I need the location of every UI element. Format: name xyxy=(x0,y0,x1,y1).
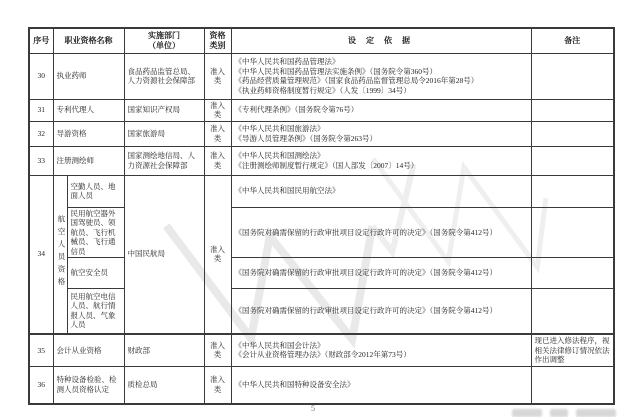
cell-basis: 《中华人民共和国会计法》 《会计从业资格管理办法》（财政部令2012年第73号） xyxy=(231,334,531,367)
cell-remark xyxy=(531,53,614,99)
cell-department: 食品药品监管总局、人力资源社会保障部 xyxy=(124,53,204,99)
cell-department: 国家旅游局 xyxy=(124,121,204,146)
table-row: 民用航空电信人员、航行情报人员、气象人员 《国务院对确需保留的行政审批项目设定行… xyxy=(29,289,614,334)
cell-sub-name: 民用航空器外国驾驶员、领航员、飞行机械员、飞行通信员 xyxy=(67,207,124,258)
table-row: 32 导游资格 国家旅游局 准入类 《中华人民共和国旅游法》 《导游人员管理条例… xyxy=(29,121,614,146)
cell-remark xyxy=(531,207,614,258)
cell-serial: 34 xyxy=(29,175,53,334)
group-label-vertical-text: 航空人员资格 xyxy=(57,215,67,290)
table-row: 31 专利代理人 国家知识产权局 准入类 《专利代理条例》（国务院令第76号） xyxy=(29,99,614,121)
cell-qualification-name: 特种设备检验、检测人员资格认定 xyxy=(53,367,124,404)
cell-department: 国家测绘地信局、人力资源社会保障部 xyxy=(124,146,204,175)
header-department: 实施部门 （单位） xyxy=(124,28,204,53)
table-row: 33 注册测绘师 国家测绘地信局、人力资源社会保障部 准入类 《中华人民共和国测… xyxy=(29,146,614,175)
cell-category: 准入类 xyxy=(204,99,231,121)
header-remark: 备注 xyxy=(531,28,614,53)
table-row: 30 执业药师 食品药品监管总局、人力资源社会保障部 准入类 《中华人民共和国药… xyxy=(29,53,614,99)
cell-serial: 36 xyxy=(29,367,53,404)
cell-department: 中国民航局 xyxy=(124,175,204,334)
cell-category: 准入类 xyxy=(204,121,231,146)
cell-sub-name: 航空安全员 xyxy=(67,258,124,289)
cell-remark xyxy=(531,367,614,404)
header-serial: 序号 xyxy=(29,28,53,53)
cell-qualification-name: 导游资格 xyxy=(53,121,124,146)
cell-department: 质检总局 xyxy=(124,367,204,404)
cell-remark: 现已进入修法程序，视相关法律修订情况依法作出调整 xyxy=(531,334,614,367)
table-row: 航空安全员 《国务院对确需保留的行政审批项目设定行政许可的决定》（国务院令第41… xyxy=(29,258,614,289)
page-number: 5 xyxy=(311,404,315,413)
cell-remark xyxy=(531,99,614,121)
cell-remark xyxy=(531,289,614,334)
cell-basis: 《中华人民共和国民用航空法》 xyxy=(231,175,531,207)
cell-category: 准入类 xyxy=(204,175,231,334)
cell-serial: 32 xyxy=(29,121,53,146)
header-category: 资格 类别 xyxy=(204,28,231,53)
cell-category: 准入类 xyxy=(204,334,231,367)
watermark-blob xyxy=(576,409,616,417)
cell-department: 财政部 xyxy=(124,334,204,367)
cell-serial: 33 xyxy=(29,146,53,175)
header-qualification-name: 职业资格名称 xyxy=(53,28,124,53)
qualification-table: 序号 职业资格名称 实施部门 （单位） 资格 类别 设 定 依 据 备注 30 … xyxy=(28,27,615,405)
cell-basis: 《中华人民共和国旅游法》 《导游人员管理条例》（国务院令第263号） xyxy=(231,121,531,146)
cell-department: 国家知识产权局 xyxy=(124,99,204,121)
cell-basis: 《专利代理条例》（国务院令第76号） xyxy=(231,99,531,121)
cell-basis: 《中华人民共和国特种设备安全法》 xyxy=(231,367,531,404)
watermark-blob xyxy=(512,409,542,417)
watermark-blob xyxy=(550,409,568,417)
cell-basis: 《国务院对确需保留的行政审批项目设定行政许可的决定》（国务院令第412号） xyxy=(231,258,531,289)
bottom-right-watermark xyxy=(512,409,616,417)
cell-sub-name: 民用航空电信人员、航行情报人员、气象人员 xyxy=(67,289,124,334)
cell-remark xyxy=(531,121,614,146)
cell-basis: 《国务院对确需保留的行政审批项目设定行政许可的决定》（国务院令第412号） xyxy=(231,289,531,334)
cell-remark xyxy=(531,146,614,175)
cell-qualification-name: 注册测绘师 xyxy=(53,146,124,175)
table-row: 35 会计从业资格 财政部 准入类 《中华人民共和国会计法》 《会计从业资格管理… xyxy=(29,334,614,367)
cell-basis: 《中华人民共和国测绘法》 《注册测绘师制度暂行规定》（国人部发〔2007〕14号… xyxy=(231,146,531,175)
cell-qualification-name: 执业药师 xyxy=(53,53,124,99)
cell-basis: 《中华人民共和国药品管理法》 《中华人民共和国药品管理法实施条例》（国务院令第3… xyxy=(231,53,531,99)
document-page: 序号 职业资格名称 实施部门 （单位） 资格 类别 设 定 依 据 备注 30 … xyxy=(0,0,640,417)
cell-category: 准入类 xyxy=(204,367,231,404)
cell-group-label: 航空人员资格 xyxy=(53,175,67,334)
cell-basis: 《国务院对确需保留的行政审批项目设定行政许可的决定》（国务院令第412号） xyxy=(231,207,531,258)
cell-serial: 35 xyxy=(29,334,53,367)
header-basis: 设 定 依 据 xyxy=(231,28,531,53)
cell-category: 准入类 xyxy=(204,53,231,99)
cell-serial: 31 xyxy=(29,99,53,121)
cell-qualification-name: 专利代理人 xyxy=(53,99,124,121)
table-header-row: 序号 职业资格名称 实施部门 （单位） 资格 类别 设 定 依 据 备注 xyxy=(29,28,614,53)
table-row: 34 航空人员资格 空勤人员、地面人员 中国民航局 准入类 《中华人民共和国民用… xyxy=(29,175,614,207)
table-row: 36 特种设备检验、检测人员资格认定 质检总局 准入类 《中华人民共和国特种设备… xyxy=(29,367,614,404)
cell-qualification-name: 会计从业资格 xyxy=(53,334,124,367)
cell-remark xyxy=(531,258,614,289)
cell-sub-name: 空勤人员、地面人员 xyxy=(67,175,124,207)
table-row: 民用航空器外国驾驶员、领航员、飞行机械员、飞行通信员 《国务院对确需保留的行政审… xyxy=(29,207,614,258)
cell-category: 准入类 xyxy=(204,146,231,175)
cell-serial: 30 xyxy=(29,53,53,99)
cell-remark xyxy=(531,175,614,207)
